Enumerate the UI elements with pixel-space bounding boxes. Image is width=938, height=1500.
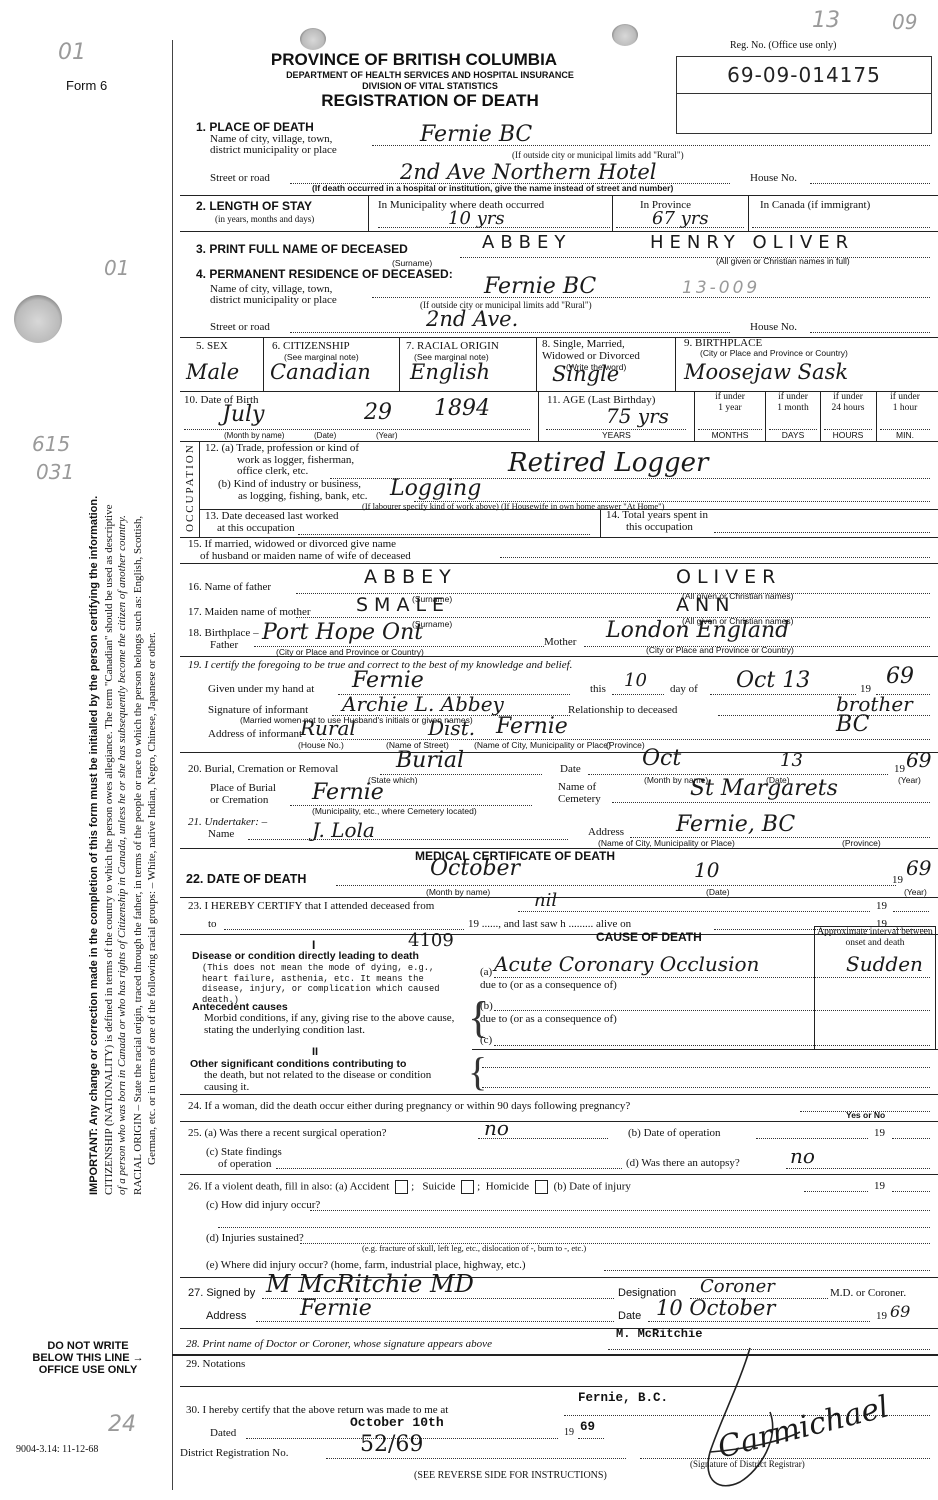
dod-month[interactable]: October	[430, 856, 520, 881]
s27-address[interactable]: Fernie	[300, 1296, 372, 1321]
dod-date-cap: (Date)	[706, 887, 730, 897]
s26-19: 19	[874, 1180, 885, 1192]
divider	[199, 441, 200, 537]
racial-origin-note-2: German, etc. or in terms of one of the f…	[146, 632, 158, 1165]
s19-addr-label: Address of informant	[208, 728, 302, 740]
s17-label: 17. Maiden name of mother	[188, 606, 311, 618]
accident-checkbox[interactable]	[395, 1180, 408, 1194]
cause-b-due-to: due to (or as a consequence of)	[480, 1013, 617, 1025]
months-cap: MONTHS	[695, 430, 765, 440]
s20-cemetery-label: Name ofCemetery	[558, 781, 601, 805]
s19-cap-house: (House No.)	[298, 740, 344, 750]
s4-city-label: Name of city, village, town,district mun…	[210, 284, 337, 306]
s30-registrar-cap: (Signature of District Registrar)	[690, 1459, 805, 1469]
cause-code: 4109	[408, 930, 454, 951]
divider	[368, 195, 369, 231]
s19-day-of: day of	[670, 683, 698, 695]
homicide-checkbox[interactable]	[535, 1180, 548, 1194]
s19-day-line	[612, 693, 664, 695]
s19-addr-prov[interactable]: BC	[836, 712, 869, 737]
pencil-note-24: 24	[108, 1412, 136, 1437]
dod-yr[interactable]: 69	[906, 856, 931, 880]
direct-cause-title: Disease or condition directly leading to…	[192, 950, 419, 962]
s20-date-label: Date	[560, 763, 581, 775]
dob-line	[184, 428, 530, 430]
s15-label: 15. If married, widowed or divorced give…	[188, 539, 411, 562]
s27-signed-label: 27. Signed by	[188, 1287, 255, 1299]
s19-yr[interactable]: 69	[886, 664, 914, 689]
punch-hole-top-right	[612, 24, 638, 46]
racial-origin-value[interactable]: English	[410, 360, 490, 384]
s4-street-label: Street or road	[210, 321, 270, 333]
s26-d-cap: (e.g. fracture of skull, left leg, etc.,…	[362, 1243, 586, 1253]
attend-to: to	[208, 918, 217, 930]
divider	[180, 1386, 938, 1387]
s21-addr[interactable]: Fernie, BC	[676, 812, 795, 837]
s2-prov-value[interactable]: 67 yrs	[652, 208, 709, 229]
s20-yr[interactable]: 69	[906, 748, 931, 772]
s3-surname[interactable]: ABBEY	[482, 232, 571, 253]
occupation-a-value[interactable]: Retired Logger	[508, 448, 708, 478]
s15-line	[500, 556, 930, 558]
divider	[399, 337, 400, 391]
divider	[180, 563, 938, 564]
s2-title: 2. LENGTH OF STAY	[196, 199, 312, 213]
days-cap: DAYS	[766, 430, 820, 440]
form-label: Form 6	[66, 78, 107, 93]
s25-d-value[interactable]: no	[790, 1144, 815, 1168]
s30-reg-line	[326, 1457, 626, 1459]
s4-house-line	[810, 331, 930, 333]
s30-dated[interactable]: October 10th	[350, 1415, 444, 1430]
s25-c-label: (c) State findingsof operation	[206, 1146, 282, 1170]
dob-month[interactable]: July	[222, 402, 264, 427]
s29-label: 29. Notations	[186, 1358, 245, 1370]
suicide-checkbox[interactable]	[461, 1180, 474, 1194]
s1-street-label: Street or road	[210, 172, 270, 184]
divider	[180, 195, 938, 196]
s1-city-value[interactable]: Fernie BC	[420, 122, 532, 147]
s25-b-line	[756, 1137, 868, 1139]
s20-cemetery-line	[612, 801, 930, 803]
divider	[472, 1049, 938, 1050]
divider	[180, 1328, 938, 1329]
s16-given[interactable]: OLIVER	[676, 566, 781, 588]
s21-addr-label: Address	[588, 826, 624, 838]
birthplace-sub: (City or Place and Province or Country)	[700, 348, 848, 358]
s24-label: 24. If a woman, did the death occur eith…	[188, 1100, 630, 1112]
divider	[180, 1121, 938, 1122]
total-years-line	[714, 531, 930, 533]
occupation-side-label: OCCUPATION	[184, 443, 196, 532]
cause-a-value[interactable]: Acute Coronary Occlusion	[494, 952, 759, 976]
s19-cap-prov: (Province)	[606, 740, 645, 750]
interval-label: Approximate interval between onset and d…	[816, 927, 934, 948]
dod-month-cap: (Month by name)	[426, 887, 490, 897]
s21-addr-cap: (Name of City, Municipality or Place)	[598, 838, 735, 848]
marital-label: 8. Single, Married,Widowed or Divorced	[542, 338, 640, 362]
s20-month[interactable]: Oct	[642, 746, 681, 771]
racial-origin-note-1: RACIAL ORIGIN – State the racial origin,…	[132, 516, 144, 1195]
s19-rel-label: Relationship to deceased	[568, 704, 677, 716]
s19-cap-city: (Name of City, Municipality or Place)	[474, 740, 611, 750]
citizenship-note-1: CITIZENSHIP (NATIONALITY) is defined in …	[103, 505, 115, 1196]
s18-father-value[interactable]: Port Hope Ont	[262, 620, 423, 645]
birthplace-value[interactable]: Moosejaw Sask	[684, 360, 848, 384]
office-use-divider	[172, 1354, 938, 1356]
s17-surname[interactable]: SMALE	[356, 594, 450, 616]
s20-place-label: Place of Burialor Cremation	[210, 782, 276, 806]
dod-date[interactable]: 10	[694, 858, 719, 882]
s25-a-value[interactable]: no	[484, 1116, 509, 1140]
s19-this-label: this	[590, 683, 606, 695]
sex-value[interactable]: Male	[186, 360, 239, 384]
divider	[538, 391, 539, 441]
s26-d-label: (d) Injuries sustained?	[206, 1232, 304, 1244]
s1-street-value[interactable]: 2nd Ave Northern Hotel	[400, 160, 657, 184]
divider	[180, 897, 938, 898]
cause-b-label: (b)	[480, 1000, 493, 1012]
marital-value[interactable]: Single	[552, 362, 619, 386]
divider	[180, 1174, 938, 1175]
s27-date-line	[648, 1320, 870, 1322]
s26-date-line	[804, 1190, 868, 1192]
attend-19: 19	[876, 900, 887, 912]
sex-label: 5. SEX	[196, 340, 228, 352]
punch-hole	[14, 295, 62, 343]
s27-addr-label: Address	[206, 1310, 246, 1322]
s27-yr-prefix: 19	[876, 1310, 887, 1322]
s19-addr-house[interactable]: Rural	[300, 716, 356, 740]
s3-line	[460, 256, 930, 258]
s4-house-label: House No.	[750, 321, 797, 333]
under-1-month: if under1 month	[766, 392, 820, 414]
s27-signature[interactable]: M McRitchie MD	[266, 1270, 474, 1298]
attend-from-line	[518, 910, 870, 912]
pencil-note-side-01: 01	[104, 256, 129, 280]
s30-yr[interactable]: 69	[580, 1420, 595, 1434]
dob-date-cap: (Date)	[314, 431, 336, 440]
s25-b-yr-line	[892, 1137, 930, 1139]
other-conditions-note: the death, but not related to the diseas…	[204, 1070, 466, 1093]
citizenship-value[interactable]: Canadian	[270, 360, 371, 384]
pencil-reg-13: 13	[812, 8, 840, 33]
s18-label: 18. Birthplace – Father	[188, 628, 259, 651]
s26-c-line	[310, 1209, 930, 1211]
attend-label: 23. I HEREBY CERTIFY that I attended dec…	[188, 900, 434, 912]
s20-place[interactable]: Fernie	[312, 780, 384, 805]
s26-c-label: (c) How did injury occur?	[206, 1199, 320, 1211]
s30-instructions: (SEE REVERSE SIDE FOR INSTRUCTIONS)	[414, 1470, 607, 1481]
division-title: DIVISION OF VITAL STATISTICS	[300, 81, 560, 91]
s21-prov-cap: (Province)	[842, 838, 881, 848]
s1-house-line	[810, 182, 930, 184]
s1-title: 1. PLACE OF DEATH	[196, 120, 314, 134]
occupation-a-label: 12. (a) Trade, profession or kind of wor…	[205, 443, 359, 478]
s1-house-label: House No.	[750, 172, 797, 184]
reg-no-label: Reg. No. (Office use only)	[730, 40, 836, 51]
office-use-warning: DO NOT WRITE BELOW THIS LINE → OFFICE US…	[18, 1340, 158, 1376]
min-cap: MIN.	[877, 430, 933, 440]
divider	[536, 337, 537, 391]
s30-yr-prefix: 19	[564, 1427, 574, 1438]
s30-place[interactable]: Fernie, B.C.	[578, 1391, 668, 1405]
s21-name-line	[248, 838, 568, 840]
s26-row: 26. If a violent death, fill in also: (a…	[188, 1180, 631, 1194]
attend-from[interactable]: nil	[534, 890, 557, 911]
occupation-b-value[interactable]: Logging	[390, 476, 481, 501]
divider	[748, 195, 749, 231]
s20-cemetery[interactable]: St Margarets	[690, 776, 838, 801]
s30-reg-label: District Registration No.	[180, 1447, 288, 1459]
s20-year-cap: (Year)	[898, 775, 921, 785]
s20-place-cap: (Municipality, etc., where Cemetery loca…	[312, 806, 477, 816]
s1-hospital-note: (If death occurred in a hospital or inst…	[312, 183, 673, 193]
s20-label: 20. Burial, Cremation or Removal	[188, 763, 338, 775]
s3-given-names[interactable]: HENRY OLIVER	[650, 232, 854, 253]
s28-label: 28. Print name of Doctor or Coroner, who…	[186, 1338, 492, 1350]
s4-pencil-code: 13-009	[682, 278, 760, 298]
s19-day[interactable]: 10	[624, 670, 647, 691]
cause-title: CAUSE OF DEATH	[596, 930, 702, 944]
s20-date-line	[588, 773, 888, 775]
cause-a-interval[interactable]: Sudden	[846, 952, 923, 976]
s25-b-19: 19	[874, 1127, 885, 1139]
attend-last-saw: 19 ......, and last saw h ......... aliv…	[468, 918, 631, 930]
homicide-label: Homicide	[486, 1181, 529, 1193]
occupation-b-label: (b) Kind of industry or business, as log…	[218, 479, 368, 502]
pencil-note-01: 01	[58, 40, 86, 65]
under-1-hour: if under1 hour	[877, 392, 933, 414]
department-title: DEPARTMENT OF HEALTH SERVICES AND HOSPIT…	[230, 70, 630, 80]
s3-given-cap: (All given or Christian names in full)	[716, 256, 850, 266]
s25-d-label: (d) Was there an autopsy?	[626, 1157, 740, 1169]
divider	[180, 752, 938, 753]
divider	[180, 656, 938, 657]
s2-muni-value[interactable]: 10 yrs	[448, 208, 505, 229]
last-worked-label: 13. Date deceased last worked at this oc…	[205, 511, 338, 534]
pencil-note-031: 031	[36, 460, 74, 484]
s30-yr-line	[578, 1437, 604, 1439]
s18-mother-value[interactable]: London England	[606, 618, 789, 643]
s30-reg-no[interactable]: 52/69	[360, 1432, 423, 1457]
province-title: PROVINCE OF BRITISH COLUMBIA	[244, 50, 584, 70]
s19-addr-city[interactable]: Fernie	[496, 714, 568, 739]
s27-date-label: Date	[618, 1310, 641, 1322]
antecedent-note: Morbid conditions, if any, giving rise t…	[204, 1013, 476, 1036]
s2-sub: (in years, months and days)	[215, 214, 314, 224]
s19-month[interactable]: Oct 13	[736, 668, 810, 693]
s19-given-at[interactable]: Fernie	[352, 668, 424, 693]
other-line-2	[482, 1086, 930, 1088]
s27-yr[interactable]: 69	[890, 1302, 910, 1321]
s21-label: 21. Undertaker: –Name	[188, 816, 267, 840]
cause-c-line	[494, 1044, 930, 1046]
s28-value[interactable]: M. McRitchie	[616, 1327, 702, 1341]
hours-cap: HOURS	[821, 430, 875, 440]
s4-street-line	[290, 331, 730, 333]
dob-year[interactable]: 1894	[434, 396, 490, 421]
s19-addr-street[interactable]: Dist.	[428, 716, 475, 740]
s27-designation-suffix: M.D. or Coroner.	[830, 1287, 906, 1299]
s2-canada-line	[752, 226, 930, 228]
form-code: 9004-3.14: 11-12-68	[16, 1444, 98, 1455]
s30-dated-label: Dated	[210, 1427, 236, 1439]
dob-date[interactable]: 29	[364, 400, 392, 425]
s18-mother-label: Mother	[544, 636, 576, 648]
cause-a-due-to: due to (or as a consequence of)	[480, 979, 617, 991]
total-years-label: 14. Total years spent in this occupation	[606, 510, 708, 533]
citizenship-note-2: of a person who was born in Canada or wh…	[116, 515, 128, 1195]
dod-label: 22. DATE OF DEATH	[186, 872, 306, 886]
s18-mother-cap: (City or Place and Province or Country)	[646, 645, 794, 655]
s25-c-line	[276, 1167, 622, 1169]
s16-surname[interactable]: ABBEY	[364, 566, 457, 588]
s4-street-value[interactable]: 2nd Ave.	[426, 307, 518, 331]
divider	[180, 1094, 938, 1095]
age-years-cap: YEARS	[602, 430, 631, 440]
under-1-year: if under1 year	[695, 392, 765, 414]
s27-designation[interactable]: Coroner	[700, 1276, 775, 1297]
punch-hole-top	[300, 28, 326, 50]
s26-label: 26. If a violent death, fill in also: (a…	[188, 1181, 389, 1193]
important-note: IMPORTANT: Any change or correction made…	[88, 496, 100, 1195]
s26-e-line	[604, 1269, 930, 1271]
last-worked-line	[298, 533, 590, 535]
s25-a-label: 25. (a) Was there a recent surgical oper…	[188, 1127, 386, 1139]
s19-given-label: Given under my hand at	[208, 683, 314, 695]
s24-cap: Yes or No	[846, 1110, 885, 1120]
s26-c-line-2	[218, 1226, 930, 1228]
reg-number: 69-09-014175	[677, 57, 931, 94]
s20-yr-prefix: 19	[894, 763, 905, 775]
divider	[675, 337, 676, 391]
form-left-border	[172, 40, 173, 1490]
dob-month-cap: (Month by name)	[224, 431, 284, 440]
s16-label: 16. Name of father	[188, 581, 271, 593]
s19-month-line	[710, 693, 856, 695]
attend-yr-line	[893, 910, 929, 912]
other-line-1	[482, 1066, 930, 1068]
s17-given[interactable]: ANN	[676, 594, 735, 616]
direct-cause-note: (This does not mean the mode of dying, e…	[202, 963, 464, 1005]
suicide-label: Suicide	[422, 1181, 455, 1193]
s4-city-value[interactable]: Fernie BC	[484, 274, 596, 299]
s4-title: 4. PERMANENT RESIDENCE OF DECEASED:	[196, 267, 453, 281]
s4-city-line	[372, 296, 930, 298]
citizenship-label: 6. CITIZENSHIP	[272, 340, 350, 352]
under-24-hours: if under24 hours	[821, 392, 875, 414]
s1-rural-note: (If outside city or municipal limits add…	[512, 150, 684, 160]
registration-title: REGISTRATION OF DEATH	[280, 91, 580, 111]
divider	[600, 509, 601, 537]
s20-value[interactable]: Burial	[396, 748, 464, 773]
s1-city-label: Name of city, village, town,district mun…	[210, 134, 337, 156]
reg-no-box: 69-09-014175	[676, 56, 932, 134]
dod-yr-prefix: 19	[892, 874, 903, 886]
dod-year-cap: (Year)	[904, 887, 927, 897]
s3-title: 3. PRINT FULL NAME OF DECEASED	[196, 242, 408, 256]
s26-yr-line	[892, 1190, 930, 1192]
pencil-note-615: 615	[32, 432, 70, 456]
s25-b-label: (b) Date of operation	[628, 1127, 721, 1139]
cause-c-label: (c)	[480, 1034, 492, 1046]
divider	[612, 195, 613, 231]
divider	[263, 337, 264, 391]
cause-a-label: (a)	[480, 966, 492, 978]
cause-a-line	[494, 976, 930, 978]
cause-b-line	[494, 1009, 930, 1011]
pencil-reg-09: 09	[892, 10, 917, 34]
s2-canada-label: In Canada (if immigrant)	[760, 199, 870, 211]
roman-ii: II	[312, 1046, 318, 1058]
s19-signature[interactable]: Archie L. Abbey	[342, 692, 504, 716]
s27-date[interactable]: 10 October	[656, 1296, 775, 1320]
s20-date[interactable]: 13	[780, 750, 803, 771]
date-of-injury-label: (b) Date of injury	[554, 1181, 631, 1193]
s21-name[interactable]: J. Lola	[312, 818, 375, 842]
age-value[interactable]: 75 yrs	[606, 404, 669, 428]
registrar-signature-flourish	[680, 1342, 820, 1500]
racial-origin-label: 7. RACIAL ORIGIN	[406, 340, 499, 352]
dod-line	[336, 884, 896, 886]
dob-year-cap: (Year)	[376, 431, 398, 440]
